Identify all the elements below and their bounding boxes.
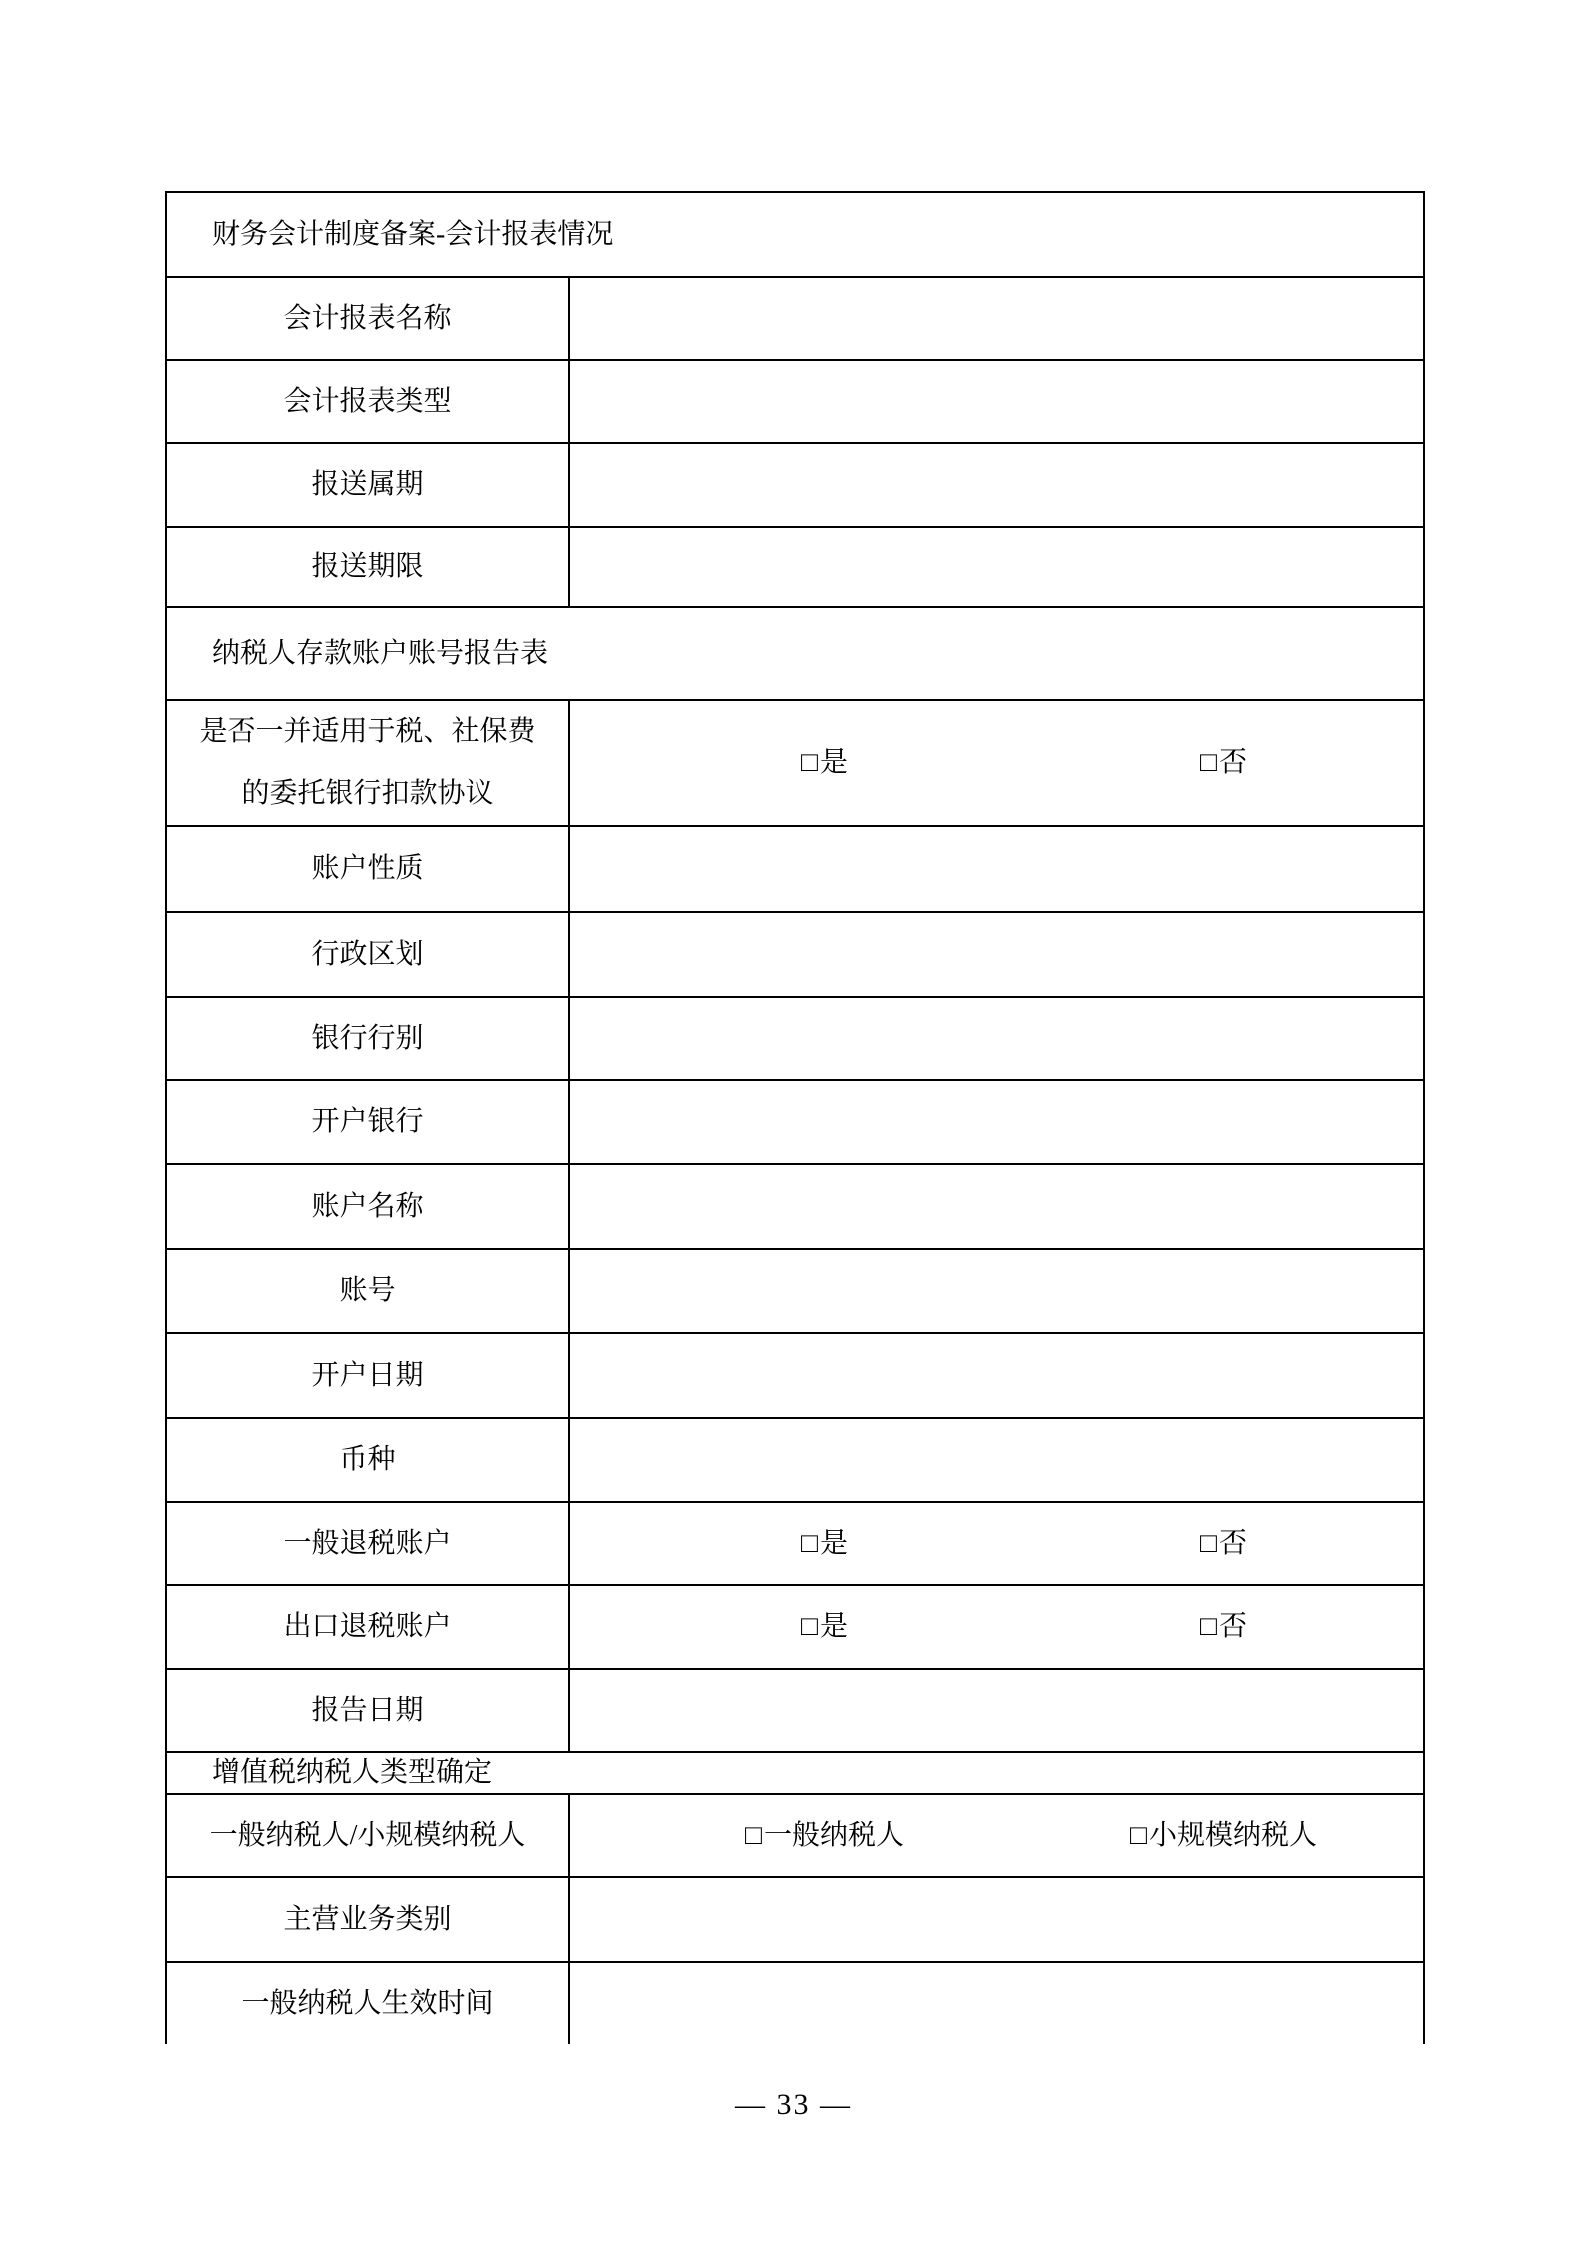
field-label: 一般退税账户 — [166, 1502, 569, 1585]
field-label: 主营业务类别 — [166, 1877, 569, 1962]
field-label: 行政区划 — [166, 912, 569, 997]
field-label-line: 的委托银行扣款协议 — [173, 763, 562, 825]
section-header-row: 纳税人存款账户账号报告表 — [166, 607, 1424, 700]
field-value — [569, 1249, 1424, 1333]
checkbox-option-label: 否 — [1219, 1528, 1247, 1559]
checkbox-icon: □ — [801, 1611, 818, 1642]
checkbox-option-label: 否 — [1219, 747, 1247, 778]
field-value — [569, 1164, 1424, 1249]
checkbox-option-yes: □是 — [625, 1527, 1024, 1561]
checkbox-option-small-scale-taxpayer: □小规模纳税人 — [1024, 1819, 1423, 1853]
section-title-financial-accounting-report: 财务会计制度备案-会计报表情况 — [166, 192, 1424, 277]
field-label: 报告日期 — [166, 1669, 569, 1752]
checkbox-option-no: □否 — [1024, 1527, 1423, 1561]
field-label: 报送属期 — [166, 443, 569, 527]
form-row: 一般退税账户 □是 □否 — [166, 1502, 1424, 1585]
field-value — [569, 443, 1424, 527]
field-value — [569, 826, 1424, 912]
checkbox-option-label: 是 — [820, 1611, 848, 1642]
form-row: 开户日期 — [166, 1333, 1424, 1418]
form-row: 是否一并适用于税、社保费 的委托银行扣款协议 □是 □否 — [166, 700, 1424, 826]
document-page: 财务会计制度备案-会计报表情况 会计报表名称 会计报表类型 报送属期 报送期限 … — [0, 0, 1587, 2245]
form-row: 报送期限 — [166, 527, 1424, 607]
checkbox-icon: □ — [745, 1820, 762, 1851]
field-label: 会计报表名称 — [166, 277, 569, 360]
form-row: 行政区划 — [166, 912, 1424, 997]
field-value: □一般纳税人 □小规模纳税人 — [569, 1794, 1424, 1877]
field-label-line: 是否一并适用于税、社保费 — [173, 701, 562, 763]
checkbox-option-general-taxpayer: □一般纳税人 — [625, 1819, 1024, 1853]
field-value — [569, 1877, 1424, 1962]
form-row: 一般纳税人/小规模纳税人 □一般纳税人 □小规模纳税人 — [166, 1794, 1424, 1877]
form-row: 账户名称 — [166, 1164, 1424, 1249]
form-row: 账户性质 — [166, 826, 1424, 912]
checkbox-icon: □ — [1200, 1611, 1217, 1642]
field-label: 出口退税账户 — [166, 1585, 569, 1669]
field-label: 会计报表类型 — [166, 360, 569, 443]
field-value — [569, 1080, 1424, 1164]
checkbox-icon: □ — [1130, 1820, 1147, 1851]
field-label: 是否一并适用于税、社保费 的委托银行扣款协议 — [166, 700, 569, 826]
field-value — [569, 277, 1424, 360]
checkbox-option-label: 一般纳税人 — [764, 1820, 904, 1851]
checkbox-option-no: □否 — [1024, 746, 1423, 780]
checkbox-icon: □ — [801, 747, 818, 778]
field-value — [569, 1962, 1424, 2044]
field-value: □是 □否 — [569, 700, 1424, 826]
field-label: 币种 — [166, 1418, 569, 1502]
section-header-row: 财务会计制度备案-会计报表情况 — [166, 192, 1424, 277]
checkbox-option-yes: □是 — [625, 1610, 1024, 1644]
section-title-vat-taxpayer-type: 增值税纳税人类型确定 — [166, 1752, 1424, 1794]
field-value — [569, 1418, 1424, 1502]
section-title-deposit-account-report: 纳税人存款账户账号报告表 — [166, 607, 1424, 700]
checkbox-option-label: 小规模纳税人 — [1149, 1820, 1317, 1851]
field-label: 账户性质 — [166, 826, 569, 912]
checkbox-option-yes: □是 — [625, 746, 1024, 780]
field-value — [569, 997, 1424, 1080]
field-label: 账户名称 — [166, 1164, 569, 1249]
form-row: 银行行别 — [166, 997, 1424, 1080]
checkbox-option-label: 是 — [820, 1528, 848, 1559]
form-row: 币种 — [166, 1418, 1424, 1502]
field-label: 一般纳税人/小规模纳税人 — [166, 1794, 569, 1877]
field-label: 一般纳税人生效时间 — [166, 1962, 569, 2044]
field-value — [569, 360, 1424, 443]
field-label: 开户日期 — [166, 1333, 569, 1418]
field-label: 开户银行 — [166, 1080, 569, 1164]
field-label: 银行行别 — [166, 997, 569, 1080]
field-value: □是 □否 — [569, 1502, 1424, 1585]
checkbox-icon: □ — [1200, 1528, 1217, 1559]
form-row: 会计报表类型 — [166, 360, 1424, 443]
checkbox-icon: □ — [801, 1528, 818, 1559]
checkbox-icon: □ — [1200, 747, 1217, 778]
page-footer: — 33 — — [0, 2088, 1587, 2122]
field-value — [569, 1333, 1424, 1418]
form-row: 主营业务类别 — [166, 1877, 1424, 1962]
checkbox-option-label: 是 — [820, 747, 848, 778]
field-value — [569, 527, 1424, 607]
checkbox-option-label: 否 — [1219, 1611, 1247, 1642]
field-value — [569, 912, 1424, 997]
tax-registration-form-table: 财务会计制度备案-会计报表情况 会计报表名称 会计报表类型 报送属期 报送期限 … — [165, 191, 1425, 2044]
page-number: — 33 — — [735, 2088, 852, 2121]
form-row: 开户银行 — [166, 1080, 1424, 1164]
field-value: □是 □否 — [569, 1585, 1424, 1669]
checkbox-option-no: □否 — [1024, 1610, 1423, 1644]
section-header-row: 增值税纳税人类型确定 — [166, 1752, 1424, 1794]
form-row: 报送属期 — [166, 443, 1424, 527]
form-row: 会计报表名称 — [166, 277, 1424, 360]
form-row: 报告日期 — [166, 1669, 1424, 1752]
form-row: 账号 — [166, 1249, 1424, 1333]
form-row: 出口退税账户 □是 □否 — [166, 1585, 1424, 1669]
field-label: 报送期限 — [166, 527, 569, 607]
field-value — [569, 1669, 1424, 1752]
field-label: 账号 — [166, 1249, 569, 1333]
form-row-page-break: 一般纳税人生效时间 — [166, 1962, 1424, 2044]
